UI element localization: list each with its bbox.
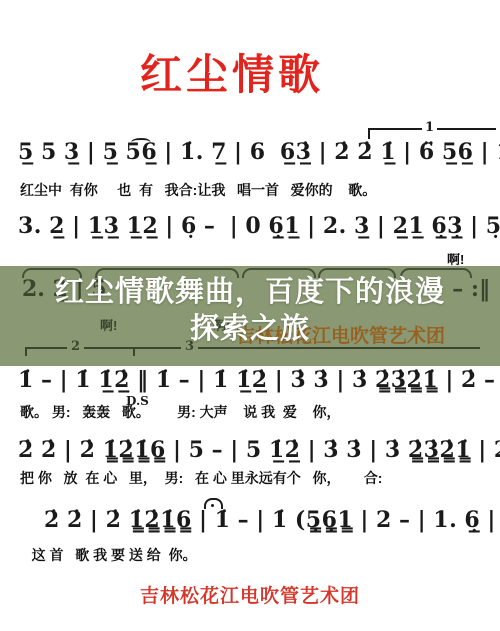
sheet-music-page: 红尘情歌 1 5̲ 5 3̲ | 5̲ 5͡6̲ | 1̇. 7̲ | 6 6̲… <box>0 0 500 631</box>
notation-line-5: 2̇ 2̇ | 2̇ 1̳̇2̳̇1̳̇6̳ | 5 – | 5 1̲̇2̲̇ … <box>18 436 500 466</box>
notation-line-2: 3. 2̲ | 1̲3̲ 1̲2̲ | 6̣ – | 0 6̲̣1̲ | 2. … <box>18 212 500 242</box>
first-ending-label: 1 <box>422 120 437 135</box>
lyrics-line-1: 红尘中 有你 也 有 我合:让我 唱一首 爱你的 歌。 <box>20 180 376 200</box>
notation-line-6: 2̇ 2̇ | 2̇ 1̳̇2̳̇1̳̇6̳ | 1̇ – | 1̇ (5̳̣6… <box>44 506 500 536</box>
lyrics-line-4: 歌。 男: 轰轰 歌。 男: 大声 说 我 爱 你， <box>20 402 340 422</box>
banner-text-line-1: 红尘情歌舞曲，百度下的浪漫 <box>0 269 500 310</box>
lyrics-line-6: 这 首 歌 我 要 送 给 你。 <box>20 545 197 565</box>
promo-overlay-band: 2. 2̲ | 5 – :‖ 啊! 啊! 吉林松花江电吹管艺术团 红尘情歌舞曲，… <box>0 266 500 366</box>
third-ending-bracket: 3 <box>133 347 480 356</box>
notation-line-1: 5̲ 5 3̲ | 5̲ 5͡6̲ | 1̇. 7̲ | 6 6̲3̲̇ | 2… <box>18 138 500 168</box>
lyrics-line-5: 把 你 放 在 心 里， 男: 在 心 里永远有个 你， 合: <box>20 468 382 488</box>
notation-line-4: 1̇ – | 1̇ 1̲̇2̲̇ ‖ 1̇ – | 1̇ 1̲̇2̲̇ | 3̇… <box>18 366 500 396</box>
song-title: 红尘情歌 <box>0 42 464 102</box>
banner-text-line-2: 探索之旅 <box>0 306 500 347</box>
bottom-watermark: 吉林松花江电吹管艺术团 <box>0 581 500 608</box>
second-ending-bracket: 2 <box>25 347 135 356</box>
